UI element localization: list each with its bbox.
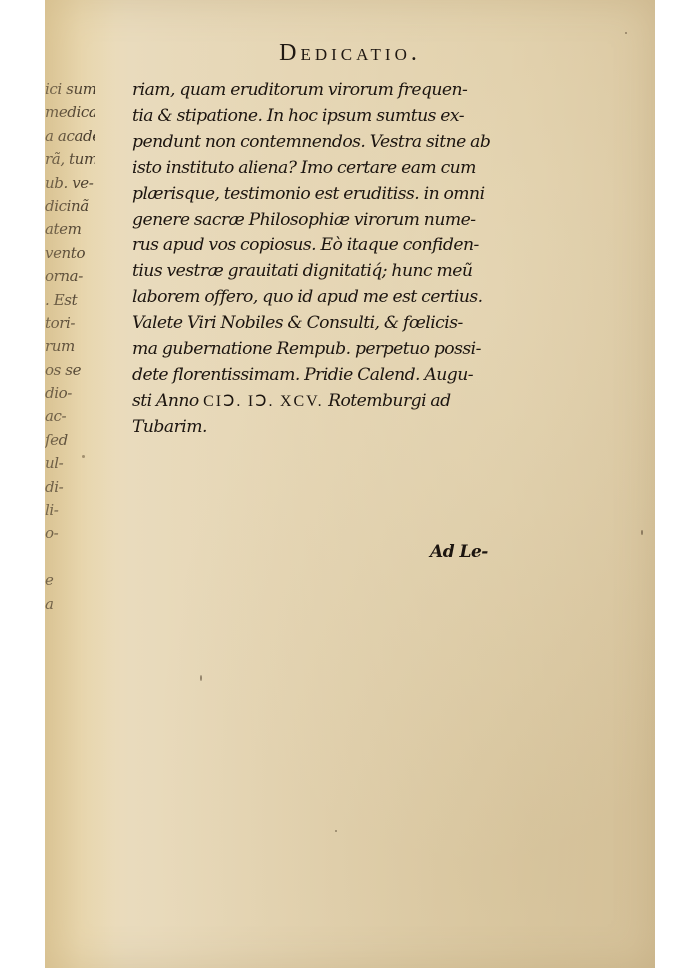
date-suffix: Rotemburgi ad <box>324 391 451 411</box>
bleed-line: di- <box>45 476 95 499</box>
bleed-line: ub. ve- <box>45 172 95 195</box>
text-line: Valete Viri Nobiles & Consulti, & fœlici… <box>132 311 512 337</box>
bleed-line: os se <box>45 359 95 382</box>
text-line: riam, quam eruditorum virorum frequen- <box>132 78 512 104</box>
dedication-body: riam, quam eruditorum virorum frequen- t… <box>132 78 512 441</box>
facing-page-bleed-through: ici sum- medica a acade- rã, tum ub. ve-… <box>45 78 95 616</box>
text-line: tius vestræ grauitati dignitatiq́; hunc … <box>132 259 512 285</box>
text-line-last: Tubarim. <box>132 415 512 441</box>
running-head: Dedicatio. <box>220 40 480 67</box>
bleed-line: . Est <box>45 289 95 312</box>
bleed-line: vento <box>45 242 95 265</box>
text-line: dete florentissimam. Pridie Calend. Augu… <box>132 363 512 389</box>
bleed-line: rã, tum <box>45 148 95 171</box>
catchword: Ad Le- <box>430 542 488 562</box>
bleed-line: atem <box>45 218 95 241</box>
paper-speck <box>625 32 627 34</box>
bleed-line: o- <box>45 522 95 545</box>
bleed-line: medica <box>45 101 95 124</box>
text-line: genere sacræ Philosophiæ virorum nume- <box>132 208 512 234</box>
bleed-line: a acade- <box>45 125 95 148</box>
paper-speck <box>335 830 337 832</box>
bleed-line: rum <box>45 335 95 358</box>
date-line: sti Anno CIↃ. IↃ. XCV. Rotemburgi ad <box>132 389 512 415</box>
paper-speck <box>641 530 643 535</box>
bleed-line: a <box>45 593 95 616</box>
text-line: tia & stipatione. In hoc ipsum sumtus ex… <box>132 104 512 130</box>
bleed-line: ac- <box>45 405 95 428</box>
text-line: ma gubernatione Rempub. perpetuo possi- <box>132 337 512 363</box>
roman-year: CIↃ. IↃ. XCV. <box>203 393 324 410</box>
text-line: isto instituto aliena? Imo certare eam c… <box>132 156 512 182</box>
bleed-line <box>45 546 95 569</box>
text-line: rus apud vos copiosus. Eò itaque confide… <box>132 233 512 259</box>
text-line: laborem offero, quo id apud me est certi… <box>132 285 512 311</box>
bleed-line: e <box>45 569 95 592</box>
paper-speck <box>200 675 202 681</box>
paper-speck <box>82 455 85 458</box>
book-page: ici sum- medica a acade- rã, tum ub. ve-… <box>45 0 655 968</box>
bleed-line: ſed <box>45 429 95 452</box>
bleed-line: ici sum- <box>45 78 95 101</box>
bleed-line: dio- <box>45 382 95 405</box>
bleed-line: ul- <box>45 452 95 475</box>
text-line: plærisque, testimonio est eruditiss. in … <box>132 182 512 208</box>
bleed-line: orna- <box>45 265 95 288</box>
bleed-line: li- <box>45 499 95 522</box>
bleed-line: tori- <box>45 312 95 335</box>
date-prefix: sti Anno <box>132 391 203 411</box>
text-line: pendunt non contemnendos. Vestra sitne a… <box>132 130 512 156</box>
bleed-line: dicinã <box>45 195 95 218</box>
